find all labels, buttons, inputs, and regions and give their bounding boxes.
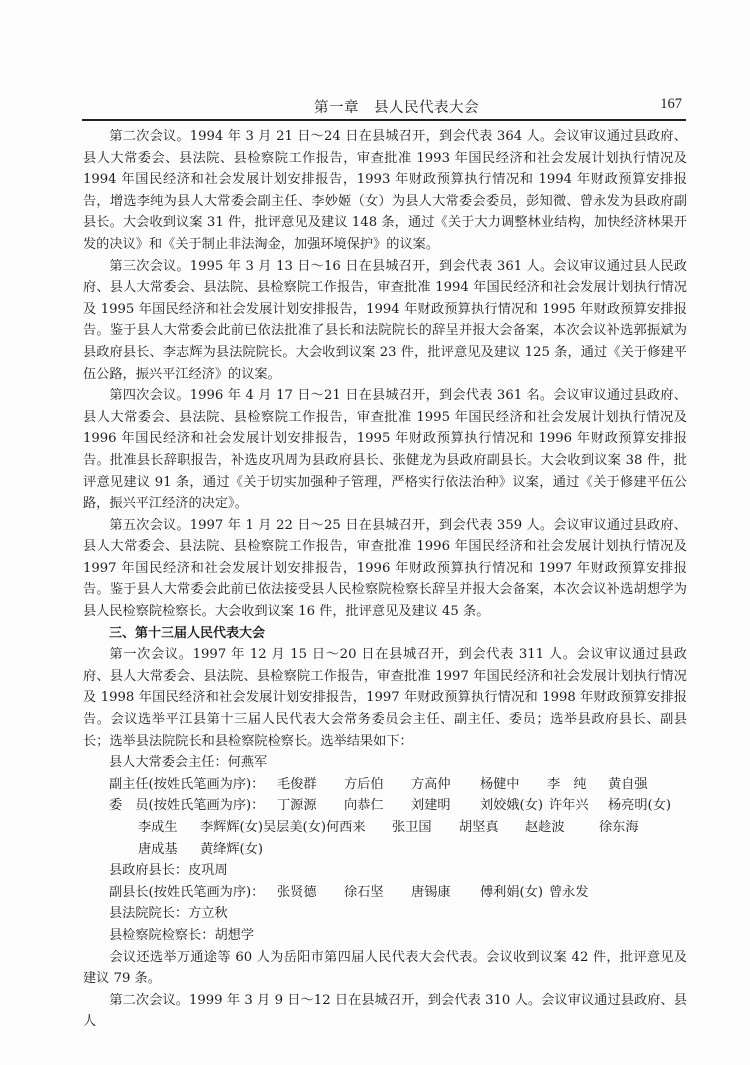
paragraph-second-session-1999: 第二次会议。1999 年 3 月 9 日～12 日在县城召开，到会代表 310 … [83,990,687,1033]
member-name: 徐东海 [599,817,639,839]
header-rule [82,119,686,121]
members-line-2: 李成生 李辉辉(女) 吴层美(女) 何西来 张卫国 胡坚真 赵趁波 徐东海 [83,817,687,839]
body-text: 第二次会议。1994 年 3 月 21 日～24 日在县城召开，到会代表 364… [83,126,687,1033]
paragraph-fourth-session-1996: 第四次会议。1996 年 4 月 17 日～21 日在县城召开，到会代表 361… [83,385,687,515]
members-line-3: 唐成基 黄绛辉(女) [83,839,687,861]
member-name: 李辉辉(女) [200,817,263,839]
member-name: 何西来 [326,817,366,839]
deputy-head-name: 傅利娟(女) [480,882,543,904]
vice-chair-name: 方高仲 [411,774,451,796]
vice-chair-name: 黄自强 [608,774,648,796]
member-name: 向恭仁 [344,795,384,817]
vice-chairs-line: 副主任(按姓氏笔画为序)： 毛俊群 方后伯 方高仲 杨健中 李 纯 黄自强 [83,774,687,796]
election-results: 县人大常委会主任：何燕军 副主任(按姓氏笔画为序)： 毛俊群 方后伯 方高仲 杨… [83,752,687,946]
member-label: 委 员(按姓氏笔画为序)： [109,798,264,813]
vice-chair-label: 副主任(按姓氏笔画为序)： [109,777,264,792]
member-name: 黄绛辉(女) [200,839,263,861]
paragraph-first-session-1997: 第一次会议。1997 年 12 月 15 日～20 日在县城召开，到会代表 31… [83,644,687,752]
deputy-heads-line: 副县长(按姓氏笔画为序)： 张贤德 徐石坚 唐锡康 傅利娟(女) 曾永发 [83,882,687,904]
member-name: 许年兴 [549,795,589,817]
vice-chair-name: 李 纯 [547,774,587,796]
member-name: 赵趁波 [525,817,565,839]
member-name: 吴层美(女) [263,817,326,839]
paragraph-fifth-session-1997: 第五次会议。1997 年 1 月 22 日～25 日在县城召开，到会代表 359… [83,515,687,623]
deputy-head-name: 徐石坚 [344,882,384,904]
members-line-1: 委 员(按姓氏笔画为序)： 丁源源 向恭仁 刘建明 刘姣娥(女) 许年兴 杨亮明… [83,795,687,817]
member-name: 张卫国 [392,817,432,839]
member-name: 胡坚真 [459,817,499,839]
deputy-head-name: 唐锡康 [411,882,451,904]
chair-label: 县人大常委会主任：何燕军 [109,755,267,770]
court-president-line: 县法院院长：方立秋 [83,903,687,925]
member-name: 唐成基 [138,839,178,861]
county-head-label: 县政府县长：皮巩周 [109,863,228,878]
running-header: 第一章 县人民代表大会 167 [82,96,686,118]
deputy-head-label: 副县长(按姓氏笔画为序)： [109,885,264,900]
vice-chair-name: 毛俊群 [277,774,317,796]
vice-chair-name: 方后伯 [344,774,384,796]
section-heading: 三、第十三届人民代表大会 [83,623,687,645]
member-name: 刘建明 [411,795,451,817]
procurator-line: 县检察院检察长：胡想学 [83,925,687,947]
document-page: 第一章 县人民代表大会 167 第二次会议。1994 年 3 月 21 日～24… [0,0,750,1065]
paragraph-delegates-elected: 会议还选举万通途等 60 人为岳阳市第四届人民代表大会代表。会议收到议案 42 … [83,947,687,990]
chair-line: 县人大常委会主任：何燕军 [83,752,687,774]
member-name: 丁源源 [277,795,317,817]
page-number: 167 [660,96,682,113]
deputy-head-name: 曾永发 [549,882,589,904]
member-name: 刘姣娥(女) [480,795,543,817]
deputy-head-name: 张贤德 [277,882,317,904]
paragraph-third-session-1995: 第三次会议。1995 年 3 月 13 日～16 日在县城召开，到会代表 361… [83,256,687,386]
court-president-label: 县法院院长：方立秋 [109,906,228,921]
vice-chair-name: 杨健中 [480,774,520,796]
member-name: 杨亮明(女) [608,795,671,817]
procurator-label: 县检察院检察长：胡想学 [109,928,254,943]
county-head-line: 县政府县长：皮巩周 [83,860,687,882]
chapter-title: 第一章 县人民代表大会 [314,96,479,117]
paragraph-second-session-1994: 第二次会议。1994 年 3 月 21 日～24 日在县城召开，到会代表 364… [83,126,687,256]
member-name: 李成生 [138,817,178,839]
